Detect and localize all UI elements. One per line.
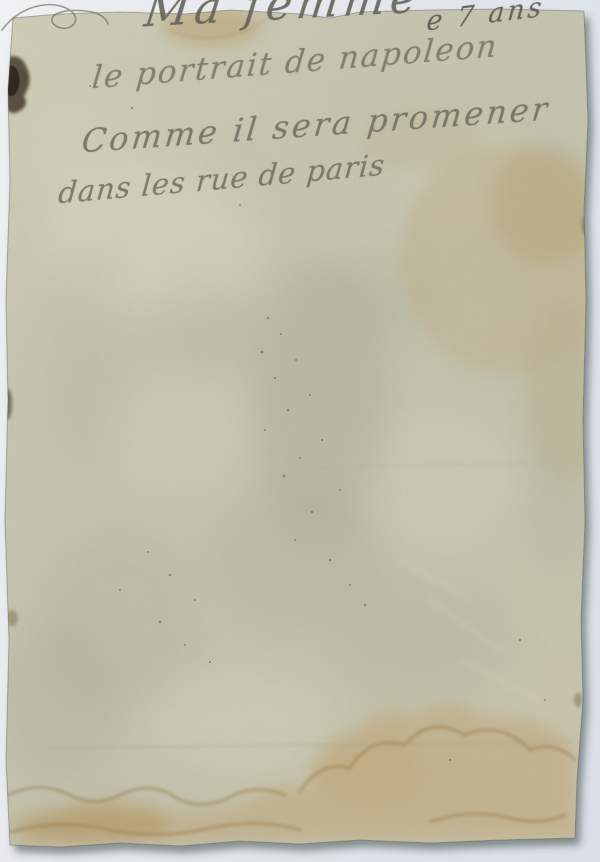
pen-flourish: [0, 0, 110, 42]
photo-of-manuscript: Ma femme e 7 ans le portrait de napoleon…: [0, 0, 600, 862]
